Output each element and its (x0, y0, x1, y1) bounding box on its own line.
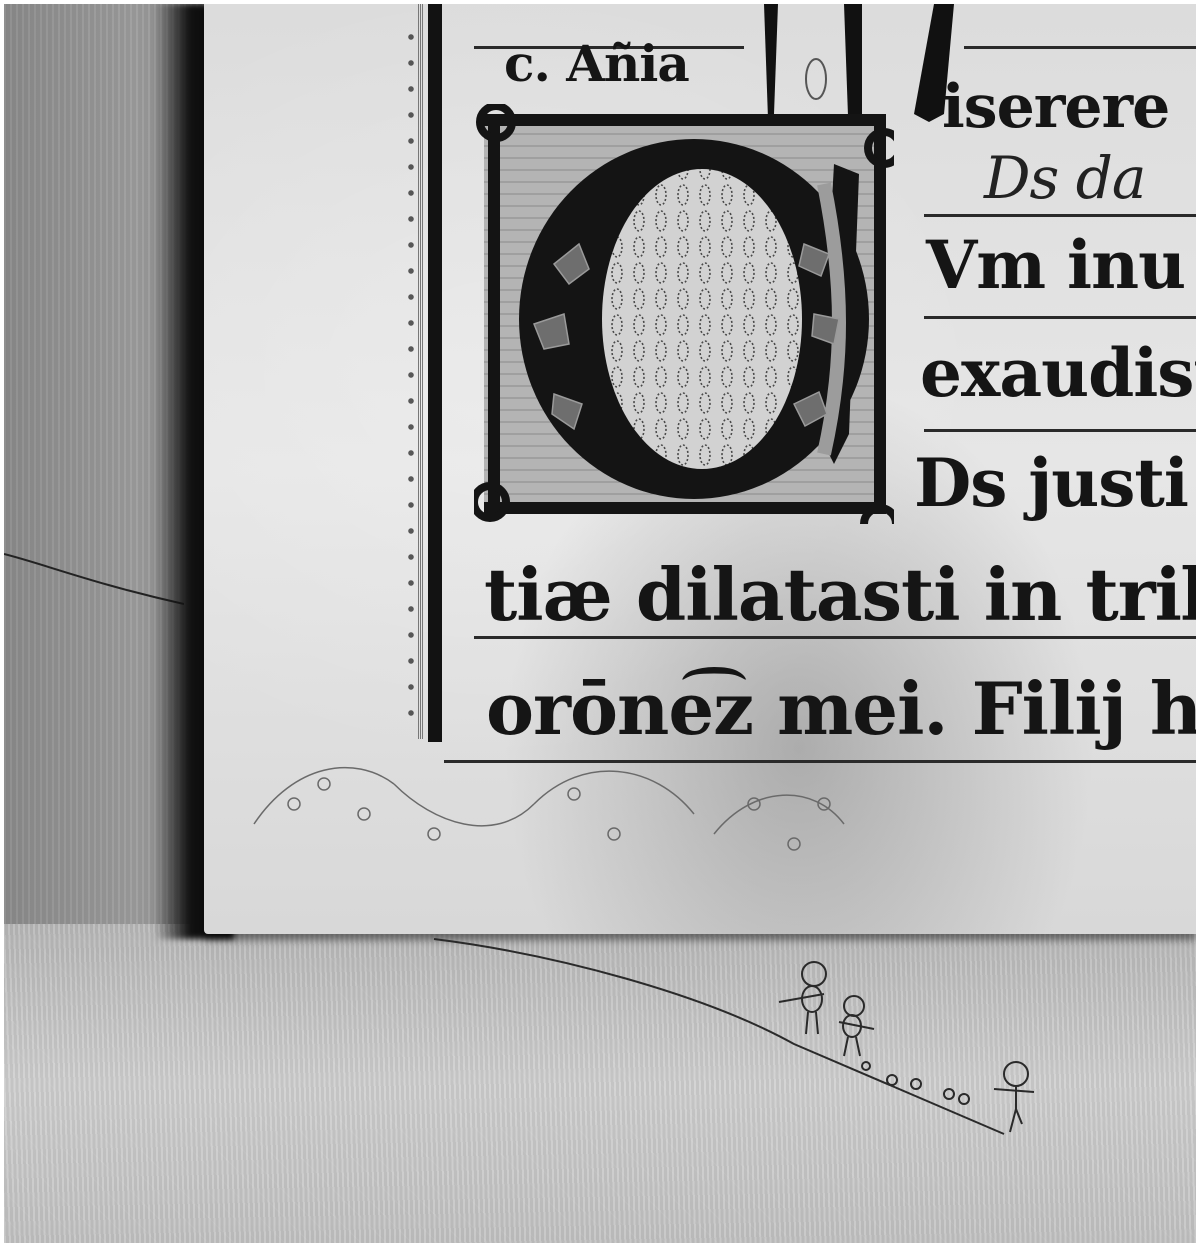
photo-frame: c. Añia iserere Ds da Vm inu exaudisti D… (4, 4, 1196, 1243)
vertical-frame-bar (428, 4, 442, 742)
text-line-3: Vm inu (926, 226, 1185, 304)
staff-rule (924, 214, 1196, 217)
staff-rule (964, 46, 1196, 49)
text-line-6: tiæ dilatasti in tribu (484, 552, 1196, 637)
margin-rule (418, 4, 424, 739)
text-line-7: orōne͡z mei. Filij ho (486, 666, 1196, 751)
text-line-5: Ds justi (914, 444, 1188, 522)
staff-rule (924, 429, 1196, 432)
pencil-drawing (404, 934, 1104, 1164)
header-fragment: c. Añia (504, 34, 689, 93)
margin-dot-border (406, 24, 416, 724)
text-line-4: exaudisti (920, 334, 1196, 412)
text-line-1: iserere (942, 72, 1169, 142)
text-line-2: Ds da (984, 144, 1145, 212)
staff-rule (924, 316, 1196, 319)
illuminated-initial (474, 104, 894, 524)
marginal-flourish (234, 744, 854, 894)
photograph: c. Añia iserere Ds da Vm inu exaudisti D… (0, 0, 1200, 1247)
